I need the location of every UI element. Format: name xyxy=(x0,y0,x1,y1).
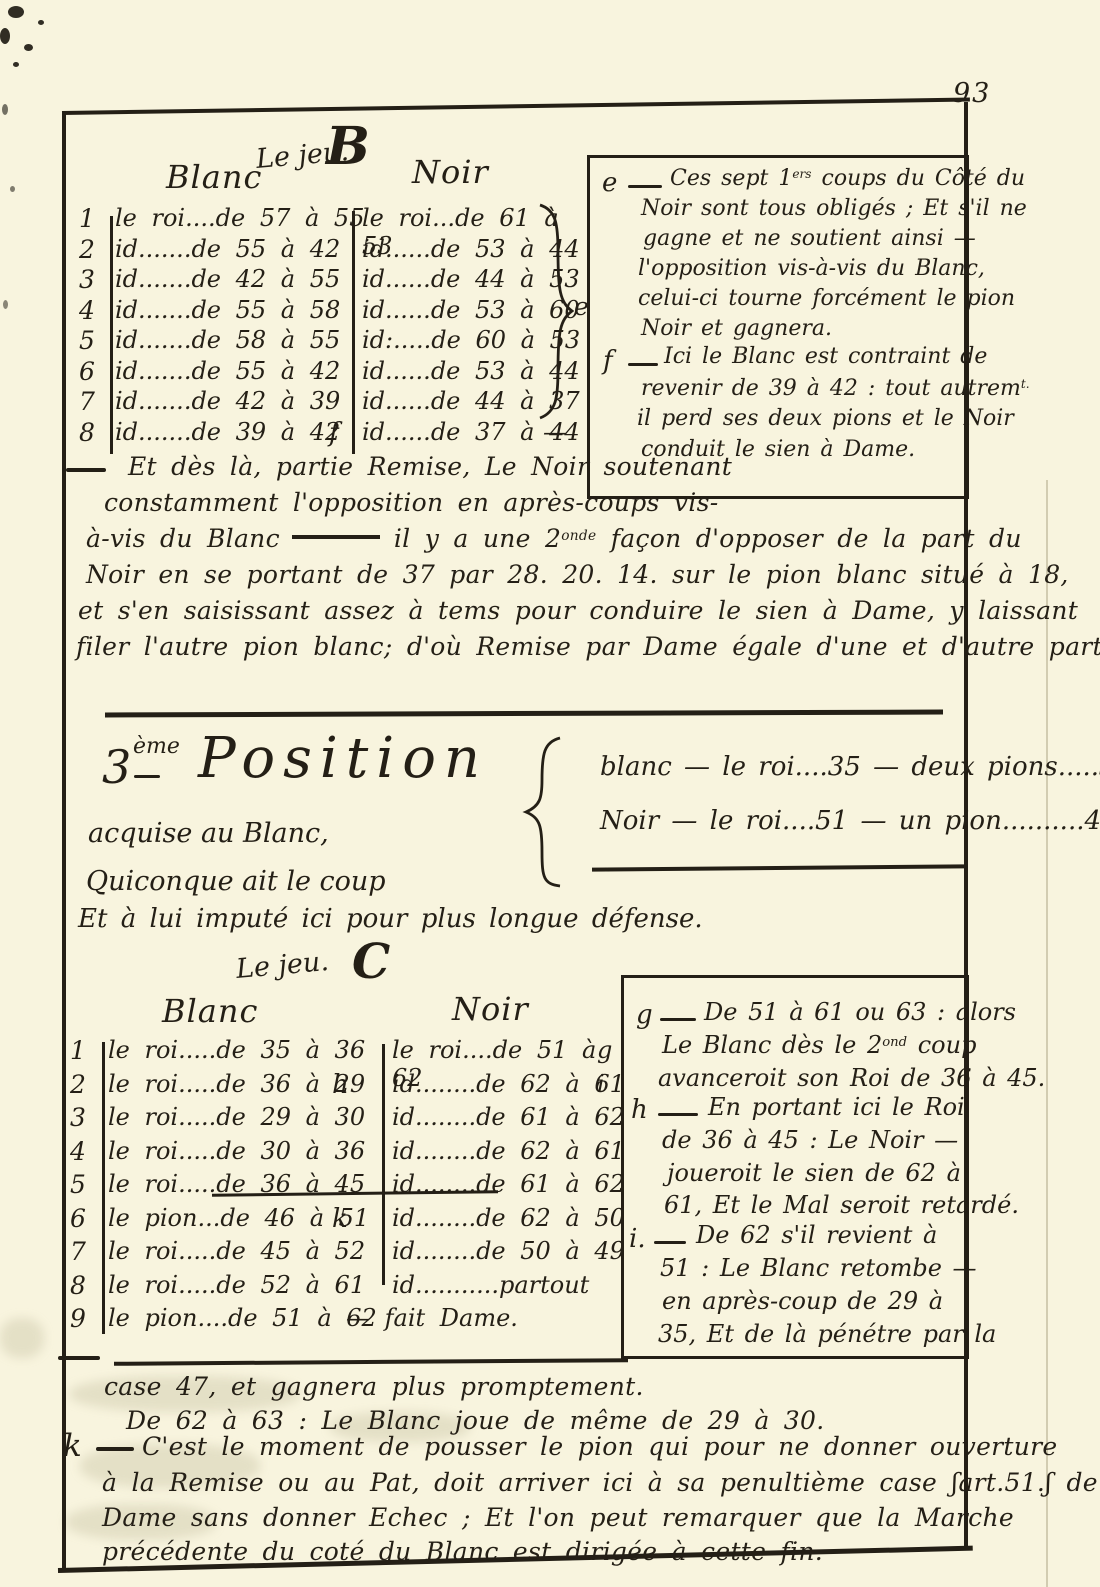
table-c-row: 2 le roi.....de 36 à 29 h id........de 6… xyxy=(60,1070,630,1104)
ink-speck xyxy=(8,6,24,18)
blanc-move: id.......de 42 à 39 xyxy=(115,387,340,415)
blanc-move: le roi.....de 30 à 36 xyxy=(108,1137,365,1165)
noir-note-mark: — xyxy=(543,418,567,446)
paragraph-lead-dash xyxy=(66,468,106,472)
table-b-row: 4 id.......de 55 à 58 id......de 53 à 60 xyxy=(65,296,595,326)
blanc-move: le roi.....de 36 à 29 xyxy=(108,1070,365,1098)
note-g-line: De 51 à 61 ou 63 : alors xyxy=(704,998,1016,1026)
blanc-move: id.......de 42 à 55 xyxy=(115,265,340,293)
note-f-line: il perd ses deux pions et le Noir xyxy=(637,406,1014,431)
main-frame-top xyxy=(62,98,970,115)
note-e-line: gagne et ne soutient ainsi — xyxy=(643,226,976,251)
note-i-line: 51 : Le Blanc retombe — xyxy=(660,1254,977,1282)
table-b-row: 8 id.......de 39 à 42 f id......de 37 à … xyxy=(65,418,595,448)
game-c-title-prefix: Le jeu. xyxy=(235,946,330,985)
table-b-row: 7 id.......de 42 à 39 id......de 44 à 37 xyxy=(65,387,595,417)
position-subtitle: Quiconque ait le coup xyxy=(86,866,386,897)
manuscript-page: 93 Le jeu. B Blanc Noir 1 le roi....de 5… xyxy=(0,0,1100,1587)
paragraph-text: il y a une 2 xyxy=(394,524,561,553)
note-k-line: précédente du coté du Blanc est dirigée … xyxy=(102,1537,823,1566)
table-c-bottom-divider xyxy=(114,1358,628,1366)
note-e-line: Noir et gagnera. xyxy=(641,316,832,341)
game-c-title-letter: C xyxy=(352,934,390,990)
note-k-dash xyxy=(96,1447,134,1451)
table-b-row: 2 id.......de 55 à 42 id......de 53 à 44 xyxy=(65,235,595,265)
note-k-label: k xyxy=(63,1428,82,1464)
table-c-row: 4 le roi.....de 30 à 36 id........de 62 … xyxy=(60,1137,630,1171)
footer-line: case 47, et gagnera plus promptement. xyxy=(104,1372,644,1401)
section-divider xyxy=(105,710,943,718)
table-c-row: 8 le roi.....de 52 à 61 id...........par… xyxy=(60,1271,630,1305)
blanc-move: id.......de 55 à 58 xyxy=(115,296,340,324)
paragraph-line: filer l'autre pion blanc; d'où Remise pa… xyxy=(76,632,1100,661)
blanc-note-mark: f xyxy=(329,418,339,448)
row-number: 6 xyxy=(70,1204,86,1233)
paragraph-text: façon d'opposer de la part du xyxy=(596,524,1021,553)
position-footer: Et à lui imputé ici pour plus longue déf… xyxy=(78,904,703,934)
blanc-move: le roi.....de 29 à 30 xyxy=(108,1103,365,1131)
blanc-move: id.......de 39 à 42 xyxy=(115,418,340,446)
row-number: 1 xyxy=(79,204,95,233)
note-h-label: h xyxy=(631,1095,648,1125)
table-c-row: 9 le pion....de 51 à 62 — fait Dame. xyxy=(60,1304,630,1338)
row-number: 8 xyxy=(70,1271,86,1300)
noir-move: id...........partout xyxy=(392,1271,589,1299)
note-f-line: Ici le Blanc est contraint de xyxy=(664,344,987,369)
note-h-line: 61, Et le Mal seroit retardé. xyxy=(664,1191,1019,1219)
row-number: 4 xyxy=(70,1137,86,1166)
ink-speck xyxy=(10,186,15,192)
note-f-label: f xyxy=(603,346,613,376)
table-c-row: 7 le roi.....de 45 à 52 id........de 50 … xyxy=(60,1237,630,1271)
note-e-superscript: ers xyxy=(792,167,811,181)
row-number: 3 xyxy=(70,1103,86,1132)
brace-rows-1-7 xyxy=(536,202,578,422)
note-g-line: avanceroit son Roi de 36 à 45. xyxy=(658,1064,1045,1092)
noir-note-mark: g xyxy=(597,1036,612,1064)
note-k-line: C'est le moment de pousser le pion qui p… xyxy=(142,1432,1058,1461)
page-number: 93 xyxy=(953,78,991,109)
paragraph-line: constamment l'opposition en après-coups … xyxy=(104,488,718,517)
note-i-line: De 62 s'il revient à xyxy=(696,1221,937,1249)
noir-move: id........de 61 à 62 xyxy=(392,1103,625,1131)
margin-dash xyxy=(58,1356,100,1360)
noir-move: id........de 62 à 61 xyxy=(392,1137,625,1165)
table-c-row: 6 le pion...de 46 à 51 k id........de 62… xyxy=(60,1204,630,1238)
note-h-line: de 36 à 45 : Le Noir — xyxy=(662,1126,958,1154)
blanc-move: le roi.....de 35 à 36 xyxy=(108,1036,365,1064)
note-k-line: à la Remise ou au Pat, doit arriver ici … xyxy=(102,1468,1098,1497)
row-number: 2 xyxy=(70,1070,86,1099)
table-c-row: 5 le roi.....de 36 à 45 id........de 61 … xyxy=(60,1170,630,1204)
blanc-move: id.......de 55 à 42 xyxy=(115,235,340,263)
blanc-note-mark: h xyxy=(332,1070,349,1100)
blanc-move: id.......de 58 à 55 xyxy=(115,326,340,354)
game-b-header-blanc: Blanc xyxy=(166,158,262,196)
paragraph-line: Et dès là, partie Remise, Le Noir souten… xyxy=(128,452,732,481)
note-i-dash xyxy=(654,1241,686,1244)
ink-speck xyxy=(24,44,33,51)
row-number: 7 xyxy=(70,1237,86,1266)
position-title-number: 3 xyxy=(102,740,131,794)
game-b-header-noir: Noir xyxy=(412,153,489,191)
row-number: 2 xyxy=(79,235,95,264)
note-e-line: Ces sept 1ers coups du Côté du xyxy=(670,166,1025,191)
position-title-ordinal: ème xyxy=(133,734,180,759)
position-title-underdash xyxy=(134,775,160,778)
noir-move: id........de 62 à 61 xyxy=(392,1070,625,1098)
footer-line: De 62 à 63 : Le Blanc joue de même de 29… xyxy=(126,1406,824,1435)
note-g-line: Le Blanc dès le 2ond coup xyxy=(662,1031,976,1059)
note-e-text: coups du Côté du xyxy=(812,166,1026,191)
ink-speck xyxy=(38,20,44,25)
row-number: 6 xyxy=(79,357,95,386)
blanc-move: le pion....de 51 à 62 xyxy=(108,1304,377,1332)
noir-move: id........de 50 à 49 xyxy=(392,1237,625,1265)
row-number: 4 xyxy=(79,296,95,325)
position-subtitle: acquise au Blanc, xyxy=(88,818,329,849)
row-number: 8 xyxy=(79,418,95,447)
note-f-text: revenir de 39 à 42 : tout autrem xyxy=(641,376,1021,401)
table-b-row: 1 le roi....de 57 à 55 le roi...de 61 à … xyxy=(65,204,595,234)
bleed-through-mark xyxy=(0,1318,44,1358)
note-i-line: en après-coup de 29 à xyxy=(662,1287,943,1315)
blanc-move: le roi.....de 52 à 61 xyxy=(108,1271,365,1299)
row-number: 1 xyxy=(70,1036,86,1065)
row-number: 5 xyxy=(70,1170,86,1199)
note-h-line: joueroit le sien de 62 à xyxy=(667,1159,961,1187)
paragraph-line: et s'en saisissant assez à tems pour con… xyxy=(78,596,1078,625)
note-e-line: celui-ci tourne forcément le pion xyxy=(638,286,1015,311)
paragraph-line: à-vis du Blancil y a une 2onde façon d'o… xyxy=(86,524,1022,553)
note-g-superscript: ond xyxy=(882,1035,907,1050)
table-c-row: 3 le roi.....de 29 à 30 id........de 61 … xyxy=(60,1103,630,1137)
row-number: 7 xyxy=(79,387,95,416)
ink-speck xyxy=(2,104,8,115)
note-g-text: coup xyxy=(907,1031,976,1059)
table-b-row: 5 id.......de 58 à 55 id:.....de 60 à 53 xyxy=(65,326,595,356)
paragraph-line: Noir en se portant de 37 par 28. 20. 14.… xyxy=(86,560,1069,589)
note-k-line: Dame sans donner Echec ; Et l'on peut re… xyxy=(102,1503,1014,1532)
game-b-title-letter: B xyxy=(326,116,370,177)
paragraph-text: à-vis du Blanc xyxy=(86,524,280,553)
ink-speck xyxy=(13,62,19,67)
table-b-row: 6 id.......de 55 à 42 id......de 53 à 44 xyxy=(65,357,595,387)
blanc-move: le roi....de 57 à 55 xyxy=(115,204,364,232)
noir-note-mark: i xyxy=(597,1070,605,1098)
game-c-header-noir: Noir xyxy=(452,990,529,1028)
paragraph-superscript: onde xyxy=(561,528,596,544)
ink-speck xyxy=(0,28,10,44)
note-g-label: g xyxy=(636,1000,653,1030)
position-title-word: Position xyxy=(198,726,488,791)
note-e-line: l'opposition vis-à-vis du Blanc, xyxy=(638,256,985,281)
table-b-row: 3 id.......de 42 à 55 id......de 44 à 53 xyxy=(65,265,595,295)
blanc-move: le pion...de 46 à 51 xyxy=(108,1204,369,1232)
paragraph-long-dash xyxy=(292,535,380,539)
note-f-dash xyxy=(628,363,658,366)
blanc-note-mark: k xyxy=(332,1204,348,1234)
row-number: 3 xyxy=(79,265,95,294)
row-number: 5 xyxy=(79,326,95,355)
noir-move: id........de 62 à 50 xyxy=(392,1204,625,1232)
note-h-dash xyxy=(658,1113,698,1116)
blanc-move: le roi.....de 45 à 52 xyxy=(108,1237,365,1265)
position-brace xyxy=(522,736,564,888)
ink-speck xyxy=(3,300,8,309)
game-c-header-blanc: Blanc xyxy=(162,992,258,1030)
note-f-line: revenir de 39 à 42 : tout autremt. xyxy=(641,376,1030,401)
noir-move: — fait Dame. xyxy=(346,1304,518,1332)
table-c-row: 1 le roi.....de 35 à 36 le roi....de 51 … xyxy=(60,1036,630,1070)
note-f-superscript: t. xyxy=(1021,377,1030,391)
note-e-dash xyxy=(628,185,662,188)
note-i-label: i. xyxy=(629,1224,646,1254)
note-h-line: En portant ici le Roi xyxy=(708,1093,965,1121)
position-blanc-line: blanc — le roi....35 — deux pions.....33… xyxy=(600,752,1100,782)
blanc-move: id.......de 55 à 42 xyxy=(115,357,340,385)
note-g-text: Le Blanc dès le 2 xyxy=(662,1031,882,1059)
note-e-label: e xyxy=(602,168,617,198)
row-number: 9 xyxy=(70,1304,86,1333)
note-g-dash xyxy=(660,1018,696,1021)
note-e-line: Noir sont tous obligés ; Et s'il ne xyxy=(641,196,1027,221)
note-i-line: 35, Et de là pénétre par la xyxy=(658,1320,996,1348)
position-underline xyxy=(592,864,964,871)
note-e-text: Ces sept 1 xyxy=(670,166,792,191)
position-noir-line: Noir — le roi....51 — un pion..........4… xyxy=(600,806,1100,836)
